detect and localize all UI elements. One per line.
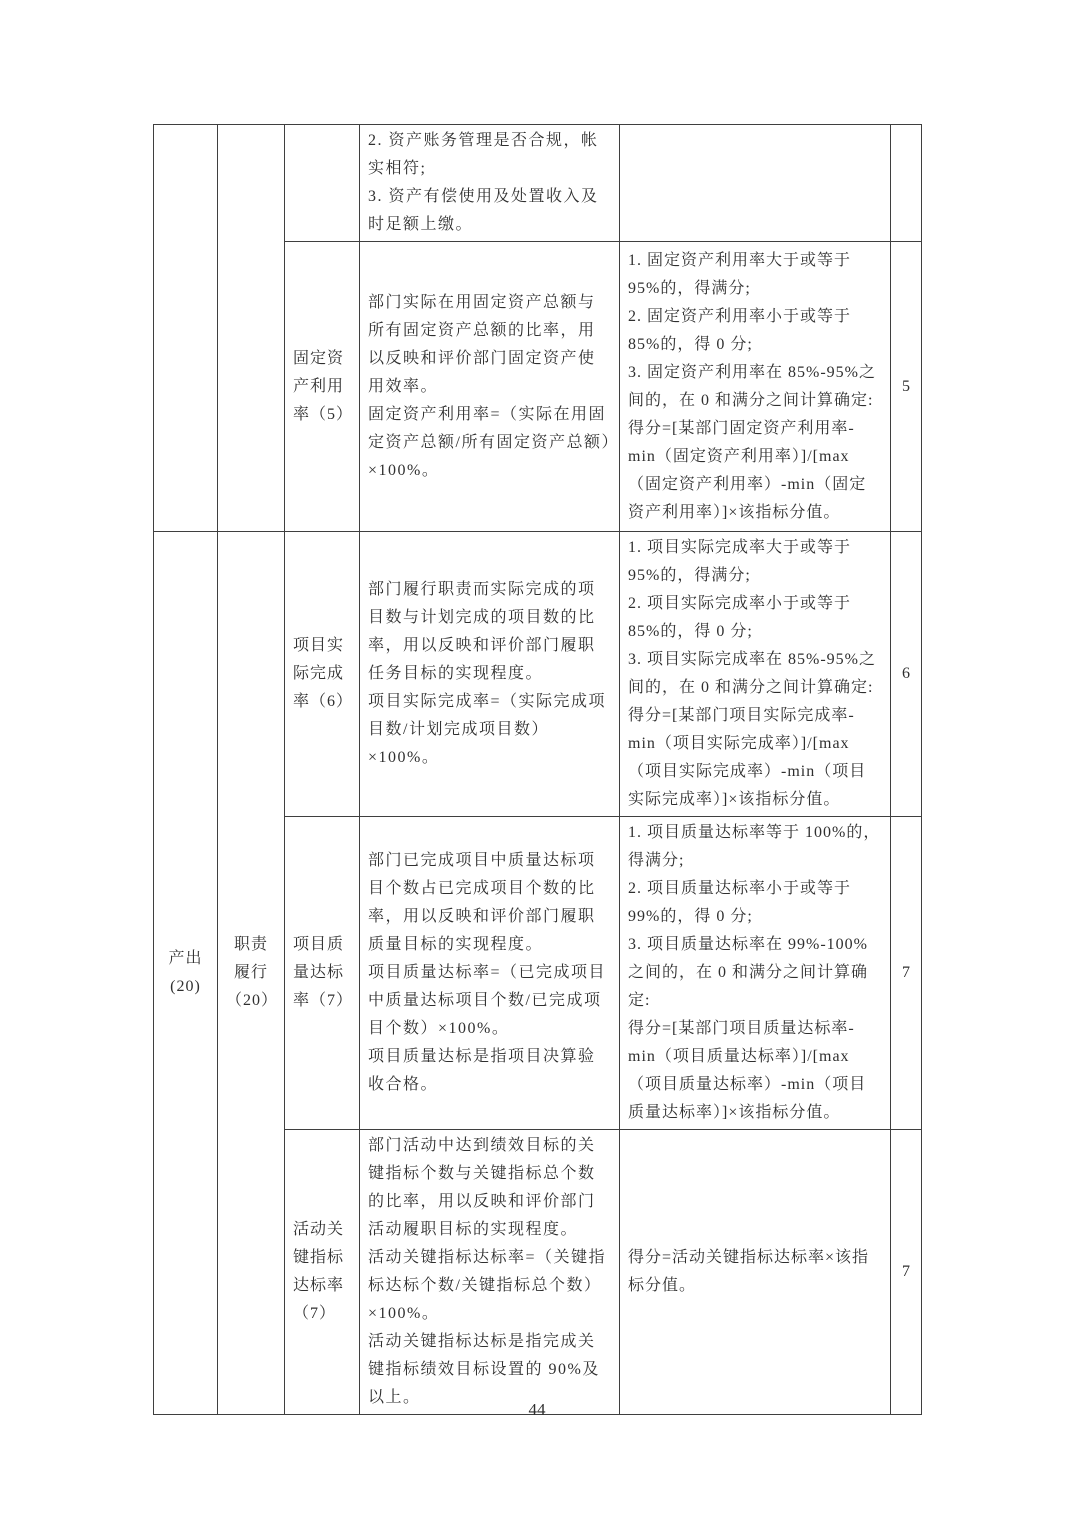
evaluation-table: 2. 资产账务管理是否合规，帐实相符; 3. 资产有偿使用及处置收入及时足额上缴… <box>153 124 922 1415</box>
category-cell: 产出 (20) <box>154 532 218 1415</box>
description-cell: 部门履行职责而实际完成的项目数与计划完成的项目数的比率，用以反映和评价部门履职任… <box>360 532 620 817</box>
score-cell: 6 <box>891 532 922 817</box>
table-row: 产出 (20) 职责 履行 （20） 项目实际完成率（6） 部门履行职责而实际完… <box>154 532 922 817</box>
table-row: 2. 资产账务管理是否合规，帐实相符; 3. 资产有偿使用及处置收入及时足额上缴… <box>154 125 922 242</box>
page-number: 44 <box>0 1400 1074 1420</box>
indicator-cell: 项目实际完成率（6） <box>285 532 360 817</box>
score-cell <box>891 125 922 242</box>
category-cell-empty <box>154 125 218 532</box>
description-cell: 部门已完成项目中质量达标项目个数占已完成项目个数的比率，用以反映和评价部门履职质… <box>360 817 620 1130</box>
score-cell: 7 <box>891 817 922 1130</box>
scoring-cell <box>620 125 891 242</box>
scoring-cell: 得分=活动关键指标达标率×该指标分值。 <box>620 1130 891 1415</box>
indicator-cell: 项目质量达标率（7） <box>285 817 360 1130</box>
document-page: 2. 资产账务管理是否合规，帐实相符; 3. 资产有偿使用及处置收入及时足额上缴… <box>0 0 1074 1520</box>
description-cell: 2. 资产账务管理是否合规，帐实相符; 3. 资产有偿使用及处置收入及时足额上缴… <box>360 125 620 242</box>
indicator-cell: 活动关键指标达标率（7） <box>285 1130 360 1415</box>
indicator-cell: 固定资产利用率（5） <box>285 242 360 532</box>
subcategory-cell: 职责 履行 （20） <box>218 532 285 1415</box>
scoring-cell: 1. 项目质量达标率等于 100%的，得满分; 2. 项目质量达标率小于或等于 … <box>620 817 891 1130</box>
scoring-cell: 1. 固定资产利用率大于或等于 95%的，得满分; 2. 固定资产利用率小于或等… <box>620 242 891 532</box>
subcategory-cell-empty <box>218 125 285 532</box>
scoring-cell: 1. 项目实际完成率大于或等于 95%的，得满分; 2. 项目实际完成率小于或等… <box>620 532 891 817</box>
description-cell: 部门实际在用固定资产总额与所有固定资产总额的比率，用以反映和评价部门固定资产使用… <box>360 242 620 532</box>
indicator-cell <box>285 125 360 242</box>
description-cell: 部门活动中达到绩效目标的关键指标个数与关键指标总个数的比率，用以反映和评价部门活… <box>360 1130 620 1415</box>
score-cell: 5 <box>891 242 922 532</box>
score-cell: 7 <box>891 1130 922 1415</box>
